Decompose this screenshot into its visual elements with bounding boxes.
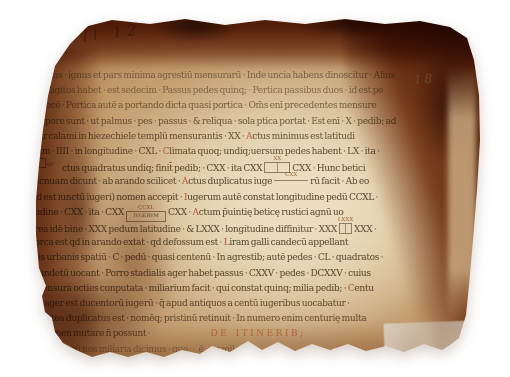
measurement-diagram: CXX — [274, 179, 308, 181]
manuscript-line: acnuam dicunt · ab arando scilicet · Act… — [34, 177, 369, 187]
measurement-diagram: CCXLIVGERVM — [126, 211, 166, 222]
manuscript-line: tiā digitos habet · est sedecim · Passus… — [34, 86, 383, 96]
manuscript-line: nomen mutare n̄ possunt ·DE ITINERIB; — [42, 329, 306, 339]
manuscript-line: decē · Pertica autē a portando dicta qua… — [40, 101, 376, 111]
diagram-label: CXX — [285, 172, 297, 178]
chapter-rubric: DE ITINERIB; — [210, 329, 305, 339]
manuscript-line: erea idē bine · XXX pedum latitudine · &… — [29, 223, 376, 235]
manuscript-line: ria ager est ducentorū iugerū · q̄ apud … — [31, 299, 350, 309]
manuscript-line: uiarū nos miliaria dicimus · que · ē · s… — [58, 345, 235, 355]
manuscript-text-segment: porca est qd in arando extat · qd defoss… — [29, 238, 224, 248]
manuscript-text-segment: erea idē bine · XXX pedum latitudine · &… — [29, 225, 337, 235]
manuscript-line: uis · ignus et pars minima agrestiū mens… — [50, 71, 395, 81]
manuscript-text-segment: acnuam dicunt · ab arando scilicet · — [34, 177, 182, 187]
manuscript-line: candetū uocant · Porro stadialis ager ha… — [34, 269, 371, 279]
diagram-label: CCXL — [138, 205, 154, 211]
parchment-leaf: Il 12 uis · ignus et pars minima agresti… — [0, 0, 510, 377]
diagram-label: LXXX — [338, 217, 353, 223]
margin-diagram-label: er· — [47, 161, 55, 168]
manuscript-text-segment: tur calami in hiezechiele templū mensura… — [34, 132, 246, 142]
manuscript-text-segment: ria ager est ducentorū iugerū · q̄ apud … — [31, 299, 350, 309]
manuscript-text-segment: qd est iunctū iugeri) nomen accepit · — [31, 193, 184, 203]
manuscript-text: uis · ignus et pars minima agrestiū mens… — [0, 0, 510, 377]
manuscript-text-segment: tiā digitos habet · est sedecim · Passus… — [34, 86, 383, 96]
manuscript-text-segment: ctus duplicatus iuge — [188, 177, 272, 187]
manuscript-text-segment: ctus minimus est latitudi — [252, 132, 355, 142]
manuscript-text-segment: iram galli candecū appellant — [229, 238, 348, 248]
manuscript-text-segment: nomen mutare n̄ possunt · — [42, 329, 150, 339]
manuscript-line: corpore sunt · ut palmus · pes · passus … — [31, 117, 396, 127]
manuscript-text-segment: dum · IIII · in longitudine · CXL · — [31, 147, 163, 157]
manuscript-text-segment: mensura octies conputata · miliarium fac… — [34, 284, 348, 294]
manuscript-text-segment: candetū uocant · Porro stadialis ager ha… — [34, 269, 371, 279]
manuscript-text-segment: rū facit · Ab eo — [310, 177, 369, 187]
manuscript-line: postea duplicatus est · nomēq; pristinū … — [36, 314, 366, 324]
margin-diagram: er· — [30, 158, 55, 168]
manuscript-text-segment: postea duplicatus est · nomēq; pristinū … — [36, 314, 366, 324]
diagram-inner-label: IVGERVM — [127, 212, 165, 221]
manuscript-line: ctus quadratus undiq; finit̄ pedib; · CX… — [62, 162, 365, 174]
manuscript-line: mensura octies conputata · miliarium fac… — [34, 284, 374, 294]
manuscript-text-segment: decē · Pertica autē a portando dicta qua… — [40, 101, 376, 111]
margin-diagram-box — [30, 158, 46, 168]
measurement-diagram: LXXX — [339, 223, 352, 234]
manuscript-text-segment: uis · ignus et pars minima agrestiū mens… — [50, 71, 395, 81]
manuscript-text-segment: reis urbanis spatiū · C · pedū · quasi c… — [29, 253, 383, 263]
manuscript-line: porca est qd in arando extat · qd defoss… — [29, 238, 348, 248]
manuscript-text-segment: entu — [354, 284, 373, 294]
manuscript-line: tudine · CXX · ita · CXXCCXLIVGERVMCXX ·… — [31, 208, 344, 222]
parchment-shadow: Il 12 uis · ignus et pars minima agresti… — [0, 0, 510, 377]
manuscript-text-segment: ctus quadratus undiq; finit̄ pedib; · CX… — [62, 164, 262, 174]
pencil-foliation: 18 — [414, 71, 436, 86]
manuscript-text-segment: tudine · CXX · ita · CXX — [31, 208, 124, 218]
manuscript-text-segment: ugerum autē constat longitudine pedū CCX… — [187, 193, 378, 203]
manuscript-text-segment: CXX · — [168, 208, 192, 218]
manuscript-line: tur calami in hiezechiele templū mensura… — [34, 132, 355, 142]
tape-patch — [384, 320, 477, 353]
manuscript-line: qd est iunctū iugeri) nomen accepit · Iu… — [31, 193, 378, 203]
manuscript-text-segment: ctum p̄uintię beticę rustici agnū uo — [199, 208, 344, 218]
manuscript-text-segment: uiarū nos miliaria dicimus · que · ē · s… — [58, 345, 235, 355]
manuscript-text-segment: XXX · — [354, 225, 376, 235]
manuscript-line: dum · IIII · in longitudine · CXL · Clim… — [31, 147, 380, 157]
manuscript-line: reis urbanis spatiū · C · pedū · quasi c… — [29, 253, 383, 263]
photo-background: Il 12 uis · ignus et pars minima agresti… — [0, 0, 510, 377]
manuscript-text-segment: CXX · Hunc betici — [292, 164, 365, 174]
manuscript-text-segment: corpore sunt · ut palmus · pes · passus … — [31, 117, 396, 127]
diagram-label: XX — [273, 156, 281, 162]
